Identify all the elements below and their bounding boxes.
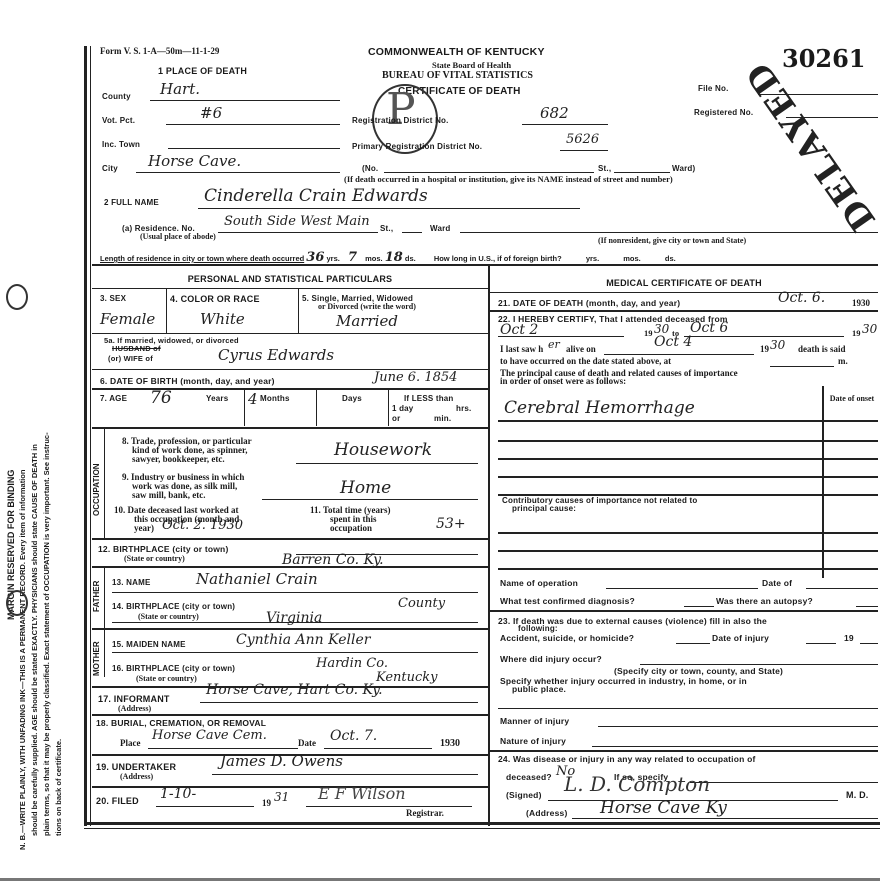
occurred-label: to have occurred on the date stated abov… xyxy=(500,356,671,366)
race-value: White xyxy=(200,310,245,328)
occurred-time-field[interactable] xyxy=(770,366,834,367)
filed-label: 20. FILED xyxy=(96,796,139,806)
cause-line-3[interactable] xyxy=(498,458,878,460)
specify-label-2: public place. xyxy=(512,684,566,694)
age-years-value: 76 xyxy=(150,388,172,408)
inc-town-label: Inc. Town xyxy=(102,140,140,149)
external-label-2: following: xyxy=(518,624,558,633)
to-year-prefix: 19 xyxy=(852,328,861,338)
parents-side-divider xyxy=(104,567,105,677)
city-label: City xyxy=(102,164,118,173)
state-title: COMMONWEALTH OF KENTUCKY xyxy=(368,46,545,58)
injury-date-label: Date of injury xyxy=(712,633,769,643)
margin-instructions-line2: should be carefully supplied. AGE should… xyxy=(30,444,40,836)
birthplace-label-2: (State or country) xyxy=(124,554,185,563)
residence-ward-field[interactable] xyxy=(402,232,422,233)
undertaker-value: James D. Owens xyxy=(220,752,343,770)
us-yrs-label: yrs. xyxy=(586,254,599,263)
informant-value: Horse Cave, Hart Co. Ky. xyxy=(206,682,383,698)
address-label: (Address) xyxy=(526,808,567,818)
burial-date-value: Oct. 7. xyxy=(330,728,377,744)
father-birthplace-label-1: 14. BIRTHPLACE (city or town) xyxy=(112,602,235,611)
father-name-value: Nathaniel Crain xyxy=(196,570,318,588)
vot-pct-value: #6 xyxy=(200,104,222,122)
death-said-label: death is said xyxy=(798,344,846,354)
vot-pct-field[interactable] xyxy=(166,124,340,125)
dob-value: June 6. 1854 xyxy=(374,370,457,385)
residence-sublabel: (Usual place of abode) xyxy=(140,232,216,241)
inc-town-field[interactable] xyxy=(168,148,340,149)
nonresident-note: (If nonresident, give city or town and S… xyxy=(598,236,746,245)
personal-title-underline xyxy=(92,288,488,289)
less-min: min. xyxy=(434,414,451,423)
last-saw-value: Oct 4 xyxy=(654,334,692,350)
m-label: m. xyxy=(838,356,848,366)
mother-maiden-label: 15. MAIDEN NAME xyxy=(112,640,186,649)
street-st-label: St., xyxy=(598,164,611,173)
registered-no-label: Registered No. xyxy=(694,108,753,117)
accident-field[interactable] xyxy=(676,643,710,644)
length-years: 36 xyxy=(306,250,324,265)
where-field[interactable] xyxy=(640,664,878,665)
alive-on-label: alive on xyxy=(566,344,596,354)
city-value: Horse Cave. xyxy=(148,152,241,170)
row-divider-19 xyxy=(92,786,488,788)
spouse-label-2: HUSBAND of xyxy=(112,344,161,353)
residence-value: South Side West Main xyxy=(224,214,370,229)
age-years-divider xyxy=(244,390,245,426)
us-mos-label: mos. xyxy=(623,254,641,263)
last-saw-field[interactable] xyxy=(604,354,754,355)
primary-registration-label: Primary Registration District No. xyxy=(352,142,482,151)
test-field[interactable] xyxy=(684,606,714,607)
filed-year-prefix: 19 xyxy=(262,798,271,808)
primary-registration-field[interactable] xyxy=(560,150,608,151)
age-label: 7. AGE xyxy=(100,394,127,403)
industry-label-3: saw mill, bank, etc. xyxy=(132,490,206,500)
full-name-label: 2 FULL NAME xyxy=(104,198,159,207)
age-days-label: Days xyxy=(342,394,362,403)
row-divider-11 xyxy=(92,538,488,540)
length-yrs-label: yrs. xyxy=(326,254,339,263)
undertaker-sublabel: (Address) xyxy=(120,772,153,781)
injury-year-field[interactable] xyxy=(860,643,878,644)
if-so-field[interactable] xyxy=(690,782,878,783)
cause-line-4[interactable] xyxy=(498,476,878,478)
form-id: Form V. S. 1-A—50m—11-1-29 xyxy=(100,46,219,56)
burial-place-value: Horse Cave Cem. xyxy=(152,728,267,743)
last-worked-label-3: year) xyxy=(134,523,154,533)
dod-label: 21. DATE OF DEATH (month, day, and year) xyxy=(498,298,680,308)
bureau-title: BUREAU OF VITAL STATISTICS xyxy=(382,70,533,81)
operation-date-label: Date of xyxy=(762,578,792,588)
physician-signature: L. D. Compton xyxy=(564,772,710,796)
length-mos-label: mos. xyxy=(365,254,383,263)
undertaker-field[interactable] xyxy=(212,774,478,775)
where-label: Where did injury occur? xyxy=(500,654,602,664)
length-days: 18 xyxy=(385,250,403,265)
age-months-label: Months xyxy=(260,394,290,403)
undertaker-label: 19. UNDERTAKER xyxy=(96,762,176,772)
age-months-divider xyxy=(316,390,317,426)
personal-section-title: PERSONAL AND STATISTICAL PARTICULARS xyxy=(92,274,488,284)
nature-label: Nature of injury xyxy=(500,736,566,746)
father-birthplace-value: Virginia xyxy=(266,610,322,626)
form-left-border-inner xyxy=(90,46,91,826)
county-label: County xyxy=(102,92,131,101)
file-no-label: File No. xyxy=(698,84,729,93)
mother-birthplace-value-2: Kentucky xyxy=(376,670,438,685)
age-months-value: 4 xyxy=(248,390,258,408)
father-birthplace-label-2: (State or country) xyxy=(138,612,199,621)
attended-to-field[interactable] xyxy=(684,336,844,337)
last-saw-label: I last saw h xyxy=(500,344,543,354)
less-one-day: 1 day xyxy=(392,404,413,413)
p-stamp-letter: P xyxy=(386,84,416,135)
father-birthplace-county: County xyxy=(398,596,445,611)
registrar-signature: E F Wilson xyxy=(318,784,406,803)
residence-st-label: St., xyxy=(380,224,393,233)
margin-instructions-line3: plain terms, so that it may be properly … xyxy=(42,432,52,836)
form-bottom-border-2 xyxy=(84,828,880,829)
informant-label: 17. INFORMANT xyxy=(98,694,170,704)
registration-district-field[interactable] xyxy=(522,124,608,125)
manner-field[interactable] xyxy=(598,726,878,727)
county-value: Hart. xyxy=(160,80,200,98)
contributory-line-3[interactable] xyxy=(498,568,878,570)
column-divider xyxy=(488,266,490,826)
father-side-label: FATHER xyxy=(92,581,102,612)
form-bottom-border xyxy=(84,822,880,825)
hospital-note: (If death occurred in a hospital or inst… xyxy=(344,174,673,184)
informant-field[interactable] xyxy=(200,702,478,703)
from-year-prefix: 19 xyxy=(644,328,653,338)
father-birthplace-field[interactable] xyxy=(112,622,478,623)
physician-address: Horse Cave Ky xyxy=(600,798,727,818)
dob-label: 6. DATE OF BIRTH (month, day, and year) xyxy=(100,376,275,386)
length-months: 7 xyxy=(348,250,357,265)
age-years-label: Years xyxy=(206,394,228,403)
row-divider-12 xyxy=(92,566,488,568)
date-of-onset-label: Date of onset xyxy=(826,394,878,403)
page-bottom-edge xyxy=(0,878,880,881)
cause-line-1[interactable] xyxy=(498,420,878,422)
less-than-label: If LESS than xyxy=(404,394,454,403)
specify-field[interactable] xyxy=(498,708,878,709)
burial-place-field[interactable] xyxy=(148,748,298,749)
injury-year-prefix: 19 xyxy=(844,633,854,643)
filed-date-value: 1-10- xyxy=(160,786,196,802)
manner-label: Manner of injury xyxy=(500,716,569,726)
margin-instructions-line4: tions on back of certificate. xyxy=(54,739,64,836)
dod-year: 1930 xyxy=(852,298,870,308)
race-label: 4. COLOR OR RACE xyxy=(170,294,260,304)
medical-section-title: MEDICAL CERTIFICATE OF DEATH xyxy=(490,278,878,288)
age-days-divider xyxy=(388,390,389,426)
father-name-label: 13. NAME xyxy=(112,578,151,587)
medical-row-22 xyxy=(490,610,878,612)
board-title: State Board of Health xyxy=(432,60,511,70)
trade-value: Housework xyxy=(334,440,432,460)
certificate-number: 30261 xyxy=(782,44,866,73)
length-residence-label: Length of residence in city or town wher… xyxy=(100,254,304,263)
registration-district-value: 682 xyxy=(540,104,569,122)
mother-birthplace-label-1: 16. BIRTHPLACE (city or town) xyxy=(112,664,235,673)
residence-divider xyxy=(92,264,878,266)
burial-label: 18. BURIAL, CREMATION, OR REMOVAL xyxy=(96,718,266,728)
row-divider-14 xyxy=(92,628,488,630)
spouse-label-3: (or) WIFE of xyxy=(108,354,153,363)
where-sublabel: (Specify city or town, county, and State… xyxy=(614,666,783,676)
contributory-line-2[interactable] xyxy=(498,550,878,552)
margin-instructions-line1: N. B.—WRITE PLAINLY, WITH UNFADING INK—T… xyxy=(18,470,28,850)
burial-date-label: Date xyxy=(298,738,316,748)
burial-place-label: Place xyxy=(120,738,141,748)
contributory-line-1[interactable] xyxy=(498,532,878,534)
binding-hole-bottom xyxy=(6,590,28,616)
sex-divider xyxy=(166,289,167,333)
street-no-label: (No. xyxy=(362,164,378,173)
nature-field[interactable] xyxy=(592,746,878,747)
binding-hole-top xyxy=(6,284,28,310)
filed-date-field[interactable] xyxy=(156,806,254,807)
county-field[interactable] xyxy=(150,100,340,101)
trade-field[interactable] xyxy=(296,463,478,464)
principal-cause-value: Cerebral Hemorrhage xyxy=(504,398,695,418)
birthplace-label-1: 12. BIRTHPLACE (city or town) xyxy=(98,544,228,554)
mother-maiden-value: Cynthia Ann Keller xyxy=(236,632,370,648)
mother-birthplace-label-2: (State or country) xyxy=(136,674,197,683)
primary-registration-value: 5626 xyxy=(566,132,599,147)
autopsy-field[interactable] xyxy=(856,606,878,607)
filed-year-value: 31 xyxy=(274,790,289,804)
industry-value: Home xyxy=(340,478,391,498)
injury-date-field[interactable] xyxy=(806,643,836,644)
full-name-field[interactable] xyxy=(198,208,580,209)
operation-date-field[interactable] xyxy=(806,588,878,589)
occupation-side-label: OCCUPATION xyxy=(92,463,102,516)
mother-side-label: MOTHER xyxy=(92,641,102,676)
delayed-stamp: DELAYED xyxy=(738,54,880,239)
street-field[interactable] xyxy=(384,172,594,173)
occupation-related-label: 24. Was disease or injury in any way rel… xyxy=(498,754,756,764)
total-time-label-3: occupation xyxy=(330,523,372,533)
father-name-field[interactable] xyxy=(112,592,478,593)
marital-value: Married xyxy=(336,312,398,330)
city-field[interactable] xyxy=(136,172,340,173)
row-divider-17 xyxy=(92,714,488,716)
mother-birthplace-value-1: Hardin Co. xyxy=(316,656,388,671)
registrar-field[interactable] xyxy=(306,806,472,807)
registrar-label: Registrar. xyxy=(406,808,444,818)
signed-label: (Signed) xyxy=(506,790,542,800)
form-left-border xyxy=(84,46,87,826)
mother-maiden-field[interactable] xyxy=(112,652,478,653)
last-saw-year-value: 30 xyxy=(770,338,785,352)
deceased-label: deceased? xyxy=(506,772,552,782)
row-divider-3 xyxy=(92,333,488,334)
place-of-death-label: 1 PLACE OF DEATH xyxy=(158,66,247,76)
length-ds-label: ds. xyxy=(405,254,416,263)
trade-label-3: sawyer, bookkeeper, etc. xyxy=(132,454,225,464)
residence-ward-label: Ward xyxy=(430,224,451,233)
vot-pct-label: Vot. Pct. xyxy=(102,116,135,125)
informant-sublabel: (Address) xyxy=(118,704,151,713)
sex-label: 3. SEX xyxy=(100,294,126,303)
burial-date-field[interactable] xyxy=(324,748,432,749)
attended-to-value: Oct 6 xyxy=(690,320,728,336)
attended-from-field[interactable] xyxy=(498,336,624,337)
length-residence-row: Length of residence in city or town wher… xyxy=(100,250,676,265)
industry-field[interactable] xyxy=(262,499,478,500)
cause-intro-2: in order of onset were as follows: xyxy=(500,376,626,386)
accident-label: Accident, suicide, or homicide? xyxy=(500,633,634,643)
occupation-side-divider xyxy=(104,428,105,538)
residence-field[interactable] xyxy=(218,232,378,233)
less-hrs: hrs. xyxy=(456,404,471,413)
ward-field[interactable] xyxy=(614,172,670,173)
last-saw-her: er xyxy=(548,338,560,351)
burial-year: 1930 xyxy=(440,738,460,749)
marital-label-2: or Divorced (write the word) xyxy=(318,302,416,311)
medical-row-21 xyxy=(490,310,878,312)
md-label: M. D. xyxy=(846,790,869,800)
contributory-label-2: principal cause: xyxy=(512,504,576,513)
total-time-value: 53+ xyxy=(436,516,466,532)
test-label: What test confirmed diagnosis? xyxy=(500,596,635,606)
full-name-value: Cinderella Crain Edwards xyxy=(204,186,428,206)
ward-label: Ward) xyxy=(672,164,695,173)
operation-label: Name of operation xyxy=(500,578,578,588)
address-field[interactable] xyxy=(572,818,878,819)
us-length-label: How long in U.S., if of foreign birth? xyxy=(434,254,562,263)
less-or: or xyxy=(392,414,400,423)
medical-row-23 xyxy=(490,750,878,752)
row-divider-7 xyxy=(92,427,488,429)
last-worked-value: Oct. 2. 1930 xyxy=(162,518,243,533)
sex-value: Female xyxy=(100,310,155,328)
dod-value: Oct. 6. xyxy=(778,290,825,306)
operation-field[interactable] xyxy=(606,588,758,589)
cause-line-2[interactable] xyxy=(498,440,878,442)
autopsy-label: Was there an autopsy? xyxy=(716,596,813,606)
us-ds-label: ds. xyxy=(665,254,676,263)
race-divider xyxy=(298,289,299,333)
to-year-value: 30 xyxy=(862,322,877,336)
last-saw-year-prefix: 19 xyxy=(760,344,769,354)
spouse-value: Cyrus Edwards xyxy=(218,346,334,364)
residence-nonresident-field[interactable] xyxy=(460,232,878,233)
registration-district-label: Registration District No. xyxy=(352,116,449,125)
